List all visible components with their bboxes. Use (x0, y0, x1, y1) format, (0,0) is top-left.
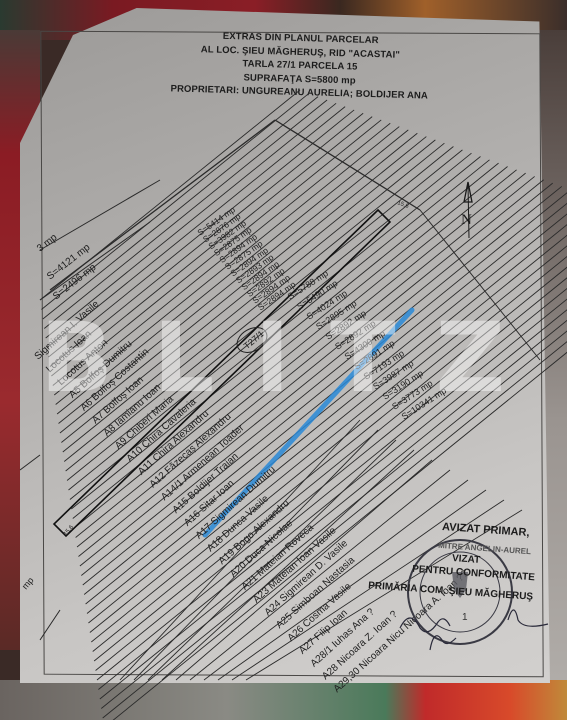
approval-stamp-block: 1 AVIZAT PRIMAR, MITRE ANGELIN-AUREL VIZ… (390, 510, 567, 660)
area-label: 3 mp (35, 232, 60, 255)
dimension-label-left: 15,6 (63, 524, 76, 537)
approval-line-3: VIZAT (452, 553, 481, 566)
svg-text:1: 1 (462, 612, 468, 623)
area-label: mp (20, 575, 36, 591)
watermark: BLITZ (40, 310, 545, 406)
north-arrow-icon: N (458, 180, 478, 240)
north-label: N (461, 212, 472, 228)
